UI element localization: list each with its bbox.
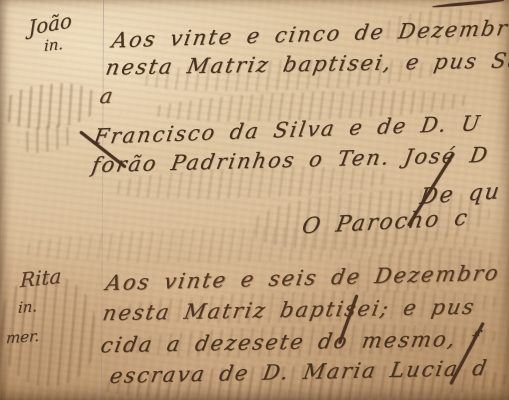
handwritten-line: Aos vinte e cinco de Dezembro bbox=[110, 15, 509, 52]
handwritten-line: escrava de D. Maria Lucia d bbox=[108, 356, 490, 388]
margin-note-abbr: in. bbox=[44, 35, 64, 55]
handwritten-line: forão Padrinhos o Ten. José D bbox=[90, 143, 491, 178]
handwritten-line: cida a dezesete do mesmo, f bbox=[99, 327, 482, 358]
handwritten-line: nesta Matriz baptisei, e pus Sa bbox=[104, 48, 509, 79]
margin-note-abbr: mer. bbox=[5, 327, 40, 347]
handwritten-line: a bbox=[98, 84, 116, 109]
ink-bleedthrough bbox=[16, 121, 76, 156]
manuscript-page: João in. Rita in. mer. Aos vinte e cinco… bbox=[0, 0, 509, 400]
ink-bleedthrough bbox=[0, 79, 100, 133]
handwritten-line: Aos vinte e seis de Dezembro bbox=[104, 261, 502, 295]
handwritten-line: O Parocho c bbox=[300, 206, 471, 240]
cut-off-stroke bbox=[432, 0, 504, 8]
handwritten-line: nesta Matriz baptisei; e pus bbox=[101, 295, 478, 326]
margin-note-name: Rita bbox=[20, 264, 62, 293]
margin-note-abbr: in. bbox=[18, 297, 38, 317]
margin-note-name: João bbox=[28, 8, 72, 40]
handwritten-line: Francisco da Silva e de D. U bbox=[92, 111, 483, 149]
